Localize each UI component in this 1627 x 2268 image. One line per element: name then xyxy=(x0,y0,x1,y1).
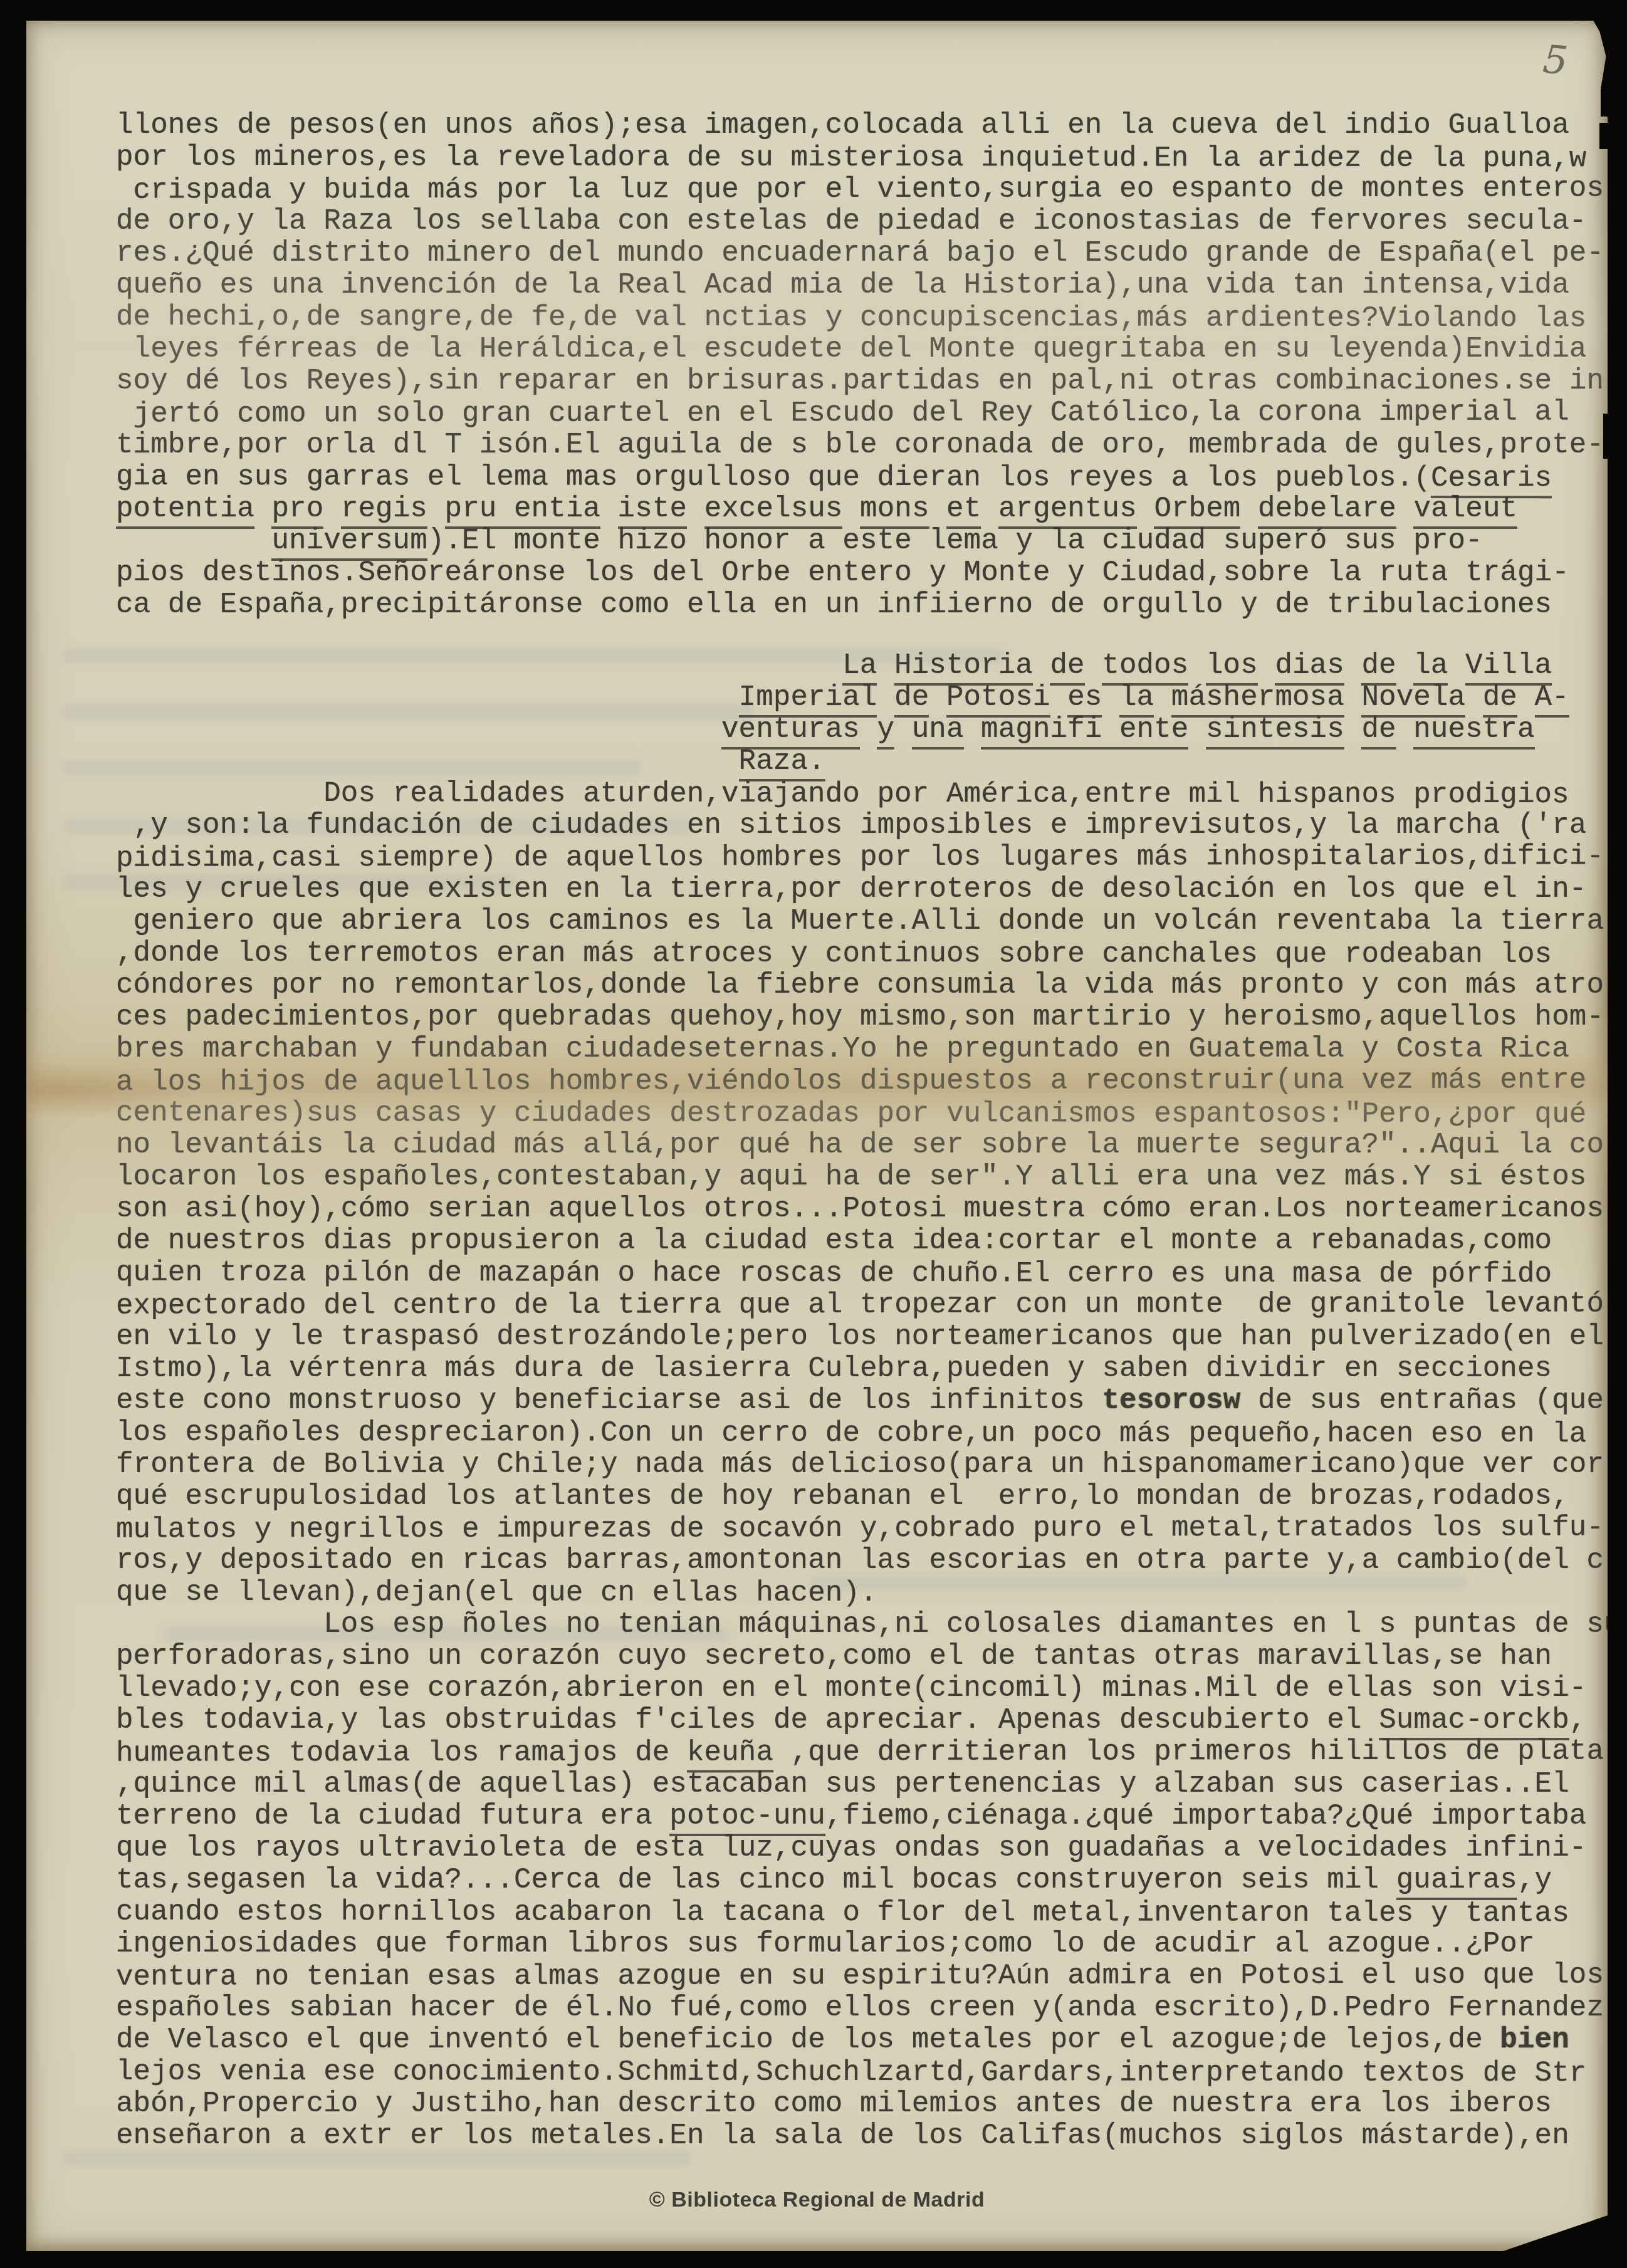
text-line: pidisima,casi siempre) de aquellos hombr… xyxy=(116,840,1608,874)
text-line: queño es una invención de la Real Acad m… xyxy=(116,269,1608,301)
text-line: ros,y depositado en ricas barras,amonton… xyxy=(116,1545,1608,1577)
text-line: res.¿Qué distrito minero del mundo encua… xyxy=(116,238,1608,269)
text-line: Los esp ñoles no tenian máquinas,ni colo… xyxy=(116,1609,1608,1641)
copyright-watermark: © Biblioteca Regional de Madrid xyxy=(26,2188,1608,2212)
text-line: ,y son:la fundación de ciudades en sitio… xyxy=(116,810,1608,842)
text-line: este cono monstruoso y beneficiarse asi … xyxy=(116,1385,1608,1417)
text-line: que los rayos ultravioleta de esta luz,c… xyxy=(116,1832,1608,1864)
text-line: ca de España,precipitáronse como ella en… xyxy=(116,589,1608,621)
text-line: humeantes todavia los ramajos de keuña ,… xyxy=(116,1735,1608,1769)
text-line: potentia pro regis pru entia iste excels… xyxy=(116,493,1608,525)
text-line: terreno de la ciudad futura era potoc-un… xyxy=(116,1800,1608,1832)
text-line: tas,segasen la vida?...Cerca de las cinc… xyxy=(116,1864,1608,1896)
page-number: 5 xyxy=(1541,36,1569,83)
text-line: lejos venia ese conocimiento.Schmitd,Sch… xyxy=(116,2056,1608,2090)
text-line: ces padecimientos,por quebradas quehoy,h… xyxy=(116,1001,1608,1033)
text-line: llevado;y,con ese corazón,abrieron en el… xyxy=(116,1673,1608,1705)
text-line: por los mineros,es la reveladora de su m… xyxy=(116,142,1608,175)
text-line: perforadoras,sino un corazón cuyo secret… xyxy=(116,1641,1608,1673)
text-line: ingeniosidades que forman libros sus for… xyxy=(116,1928,1608,1960)
text-line: frontera de Bolivia y Chile;y nada más d… xyxy=(116,1449,1608,1481)
text-line: bres marchaban y fundaban ciudadeseterna… xyxy=(116,1033,1608,1065)
text-line: La Historia de todos los dias de la Vill… xyxy=(116,650,1608,682)
text-line: ,donde los terremotos eran más atroces y… xyxy=(116,938,1608,971)
text-line: ,quince mil almas(de aquellas) estacaban… xyxy=(116,1769,1608,1800)
text-line: de Velasco el que inventó el beneficio d… xyxy=(116,2024,1608,2056)
text-line: jertó como un solo gran cuartel en el Es… xyxy=(116,396,1608,430)
text-line: locaron los españoles,contestaban,y aqui… xyxy=(116,1161,1608,1193)
text-line: que se llevan),dejan(el que cn ellas hac… xyxy=(116,1577,1608,1611)
text-line: centenares)sus casas y ciudades destroza… xyxy=(116,1097,1608,1131)
text-line: de hechi,o,de sangre,de fe,de val nctias… xyxy=(116,301,1608,335)
document-page: 5 llones de pesos(en unos años);esa imag… xyxy=(26,21,1608,2251)
text-line: Istmo),la vértenra más dura de lasierra … xyxy=(116,1353,1608,1385)
text-line: cóndores por no remontarlos,donde la fie… xyxy=(116,969,1608,1001)
text-line: mulatos y negrillos e impurezas de socav… xyxy=(116,1512,1608,1545)
text-line: crispada y buida más por la luz que por … xyxy=(116,172,1608,206)
text-line: enseñaron a extr er los metales.En la sa… xyxy=(116,2120,1608,2152)
text-line: bles todavia,y las obstruidas f'ciles de… xyxy=(116,1705,1608,1737)
text-line: qué escrupulosidad los atlantes de hoy r… xyxy=(116,1481,1608,1513)
text-body: llones de pesos(en unos años);esa imagen… xyxy=(116,110,1608,2152)
text-line: universum).El monte hizo honor a este le… xyxy=(116,525,1608,557)
text-line: venturas y una magnifi ente sintesis de … xyxy=(116,714,1608,746)
text-line: a los hijos de aquelllos hombres,viéndol… xyxy=(116,1064,1608,1098)
scan-background: { "page": { "number": "5", "watermark": … xyxy=(0,0,1627,2268)
text-line: en vilo y le traspasó destrozándole;pero… xyxy=(116,1321,1608,1353)
text-line: Dos realidades aturden,viajando por Amér… xyxy=(116,778,1608,812)
text-line: ventura no tenian esas almas azogue en s… xyxy=(116,1959,1608,1993)
text-line: pios destinos.Señoreáronse los del Orbe … xyxy=(116,557,1608,589)
text-line: soy dé los Reyes),sin reparar en brisura… xyxy=(116,365,1608,397)
text-line: españoles sabian hacer de él.No fué,como… xyxy=(116,1992,1608,2024)
text-line: Imperial de Potosi es la máshermosa Nove… xyxy=(116,682,1608,714)
text-line: no levantáis la ciudad más allá,por qué … xyxy=(116,1129,1608,1161)
text-line: Raza. xyxy=(116,746,1608,778)
bleed-through-smudge xyxy=(64,2150,691,2166)
text-line: timbre,por orla dl T isón.El aguila de s… xyxy=(116,429,1608,461)
text-line: cuando estos hornillos acabaron la tacan… xyxy=(116,1896,1608,1930)
text-line: geniero que abriera los caminos es la Mu… xyxy=(116,906,1608,938)
text-line: de nuestros dias propusieron a la ciudad… xyxy=(116,1225,1608,1257)
text-line: les y crueles que existen en la tierra,p… xyxy=(116,874,1608,906)
text-line: son asi(hoy),cómo serian aquellos otros.… xyxy=(116,1193,1608,1225)
text-line: de oro,y la Raza los sellaba con estelas… xyxy=(116,206,1608,238)
text-line: expectorado del centro de la tierra que … xyxy=(116,1288,1608,1322)
paragraph-gap xyxy=(116,621,1608,650)
text-line: leyes férreas de la Heráldica,el escudet… xyxy=(116,333,1608,365)
text-line: llones de pesos(en unos años);esa imagen… xyxy=(116,110,1608,142)
text-line: los españoles despreciaron).Con un cerro… xyxy=(116,1417,1608,1451)
text-line: gia en sus garras el lema mas orgulloso … xyxy=(116,461,1608,495)
text-line: abón,Propercio y Justiho,han descrito co… xyxy=(116,2088,1608,2120)
text-line: quien troza pilón de mazapán o hace rosc… xyxy=(116,1257,1608,1291)
